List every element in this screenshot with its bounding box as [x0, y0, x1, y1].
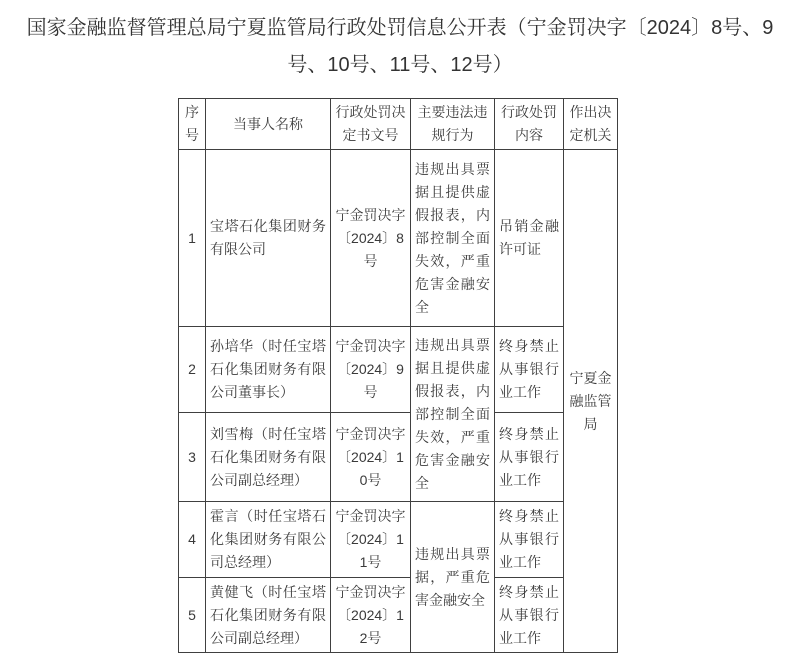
- party-name-cell: 孙培华（时任宝塔石化集团财务有限公司董事长）: [206, 327, 331, 413]
- serial-cell: 1: [179, 150, 206, 327]
- penalty-cell: 终身禁止从事银行业工作: [495, 578, 564, 653]
- serial-cell: 2: [179, 327, 206, 413]
- penalty-cell: 吊销金融许可证: [495, 150, 564, 327]
- serial-cell: 4: [179, 502, 206, 578]
- table-row: 4 霍言（时任宝塔石化集团财务有限公司总经理） 宁金罚决字〔2024〕11号 违…: [179, 502, 618, 578]
- doc-number-cell: 宁金罚决字〔2024〕10号: [331, 413, 411, 502]
- table-row: 2 孙培华（时任宝塔石化集团财务有限公司董事长） 宁金罚决字〔2024〕9号 违…: [179, 327, 618, 413]
- doc-number-cell: 宁金罚决字〔2024〕12号: [331, 578, 411, 653]
- violation-cell: 违规出具票据且提供虚假报表，内部控制全面失效，严重危害金融安全: [411, 327, 495, 502]
- page-title: 国家金融监督管理总局宁夏监管局行政处罚信息公开表（宁金罚决字〔2024〕8号、9…: [10, 10, 790, 84]
- serial-cell: 3: [179, 413, 206, 502]
- doc-number-cell: 宁金罚决字〔2024〕8号: [331, 150, 411, 327]
- col-header-serial: 序号: [179, 99, 206, 150]
- violation-cell: 违规出具票据，严重危害金融安全: [411, 502, 495, 653]
- col-header-doc-number: 行政处罚决定书文号: [331, 99, 411, 150]
- col-header-violation: 主要违法违规行为: [411, 99, 495, 150]
- party-name-cell: 刘雪梅（时任宝塔石化集团财务有限公司副总经理）: [206, 413, 331, 502]
- authority-cell: 宁夏金融监管局: [564, 150, 618, 653]
- violation-cell: 违规出具票据且提供虚假报表，内部控制全面失效，严重危害金融安全: [411, 150, 495, 327]
- party-name-cell: 黄健飞（时任宝塔石化集团财务有限公司副总经理）: [206, 578, 331, 653]
- col-header-party: 当事人名称: [206, 99, 331, 150]
- party-name-cell: 宝塔石化集团财务有限公司: [206, 150, 331, 327]
- penalty-cell: 终身禁止从事银行业工作: [495, 327, 564, 413]
- penalty-cell: 终身禁止从事银行业工作: [495, 502, 564, 578]
- table-row: 1 宝塔石化集团财务有限公司 宁金罚决字〔2024〕8号 违规出具票据且提供虚假…: [179, 150, 618, 327]
- penalty-cell: 终身禁止从事银行业工作: [495, 413, 564, 502]
- penalty-table: 序号 当事人名称 行政处罚决定书文号 主要违法违规行为 行政处罚内容 作出决定机…: [178, 98, 618, 653]
- table-row: 3 刘雪梅（时任宝塔石化集团财务有限公司副总经理） 宁金罚决字〔2024〕10号…: [179, 413, 618, 502]
- penalty-table-container: 序号 当事人名称 行政处罚决定书文号 主要违法违规行为 行政处罚内容 作出决定机…: [178, 98, 618, 653]
- table-header-row: 序号 当事人名称 行政处罚决定书文号 主要违法违规行为 行政处罚内容 作出决定机…: [179, 99, 618, 150]
- doc-number-cell: 宁金罚决字〔2024〕11号: [331, 502, 411, 578]
- party-name-cell: 霍言（时任宝塔石化集团财务有限公司总经理）: [206, 502, 331, 578]
- serial-cell: 5: [179, 578, 206, 653]
- col-header-penalty: 行政处罚内容: [495, 99, 564, 150]
- table-row: 5 黄健飞（时任宝塔石化集团财务有限公司副总经理） 宁金罚决字〔2024〕12号…: [179, 578, 618, 653]
- col-header-authority: 作出决定机关: [564, 99, 618, 150]
- doc-number-cell: 宁金罚决字〔2024〕9号: [331, 327, 411, 413]
- page: 国家金融监督管理总局宁夏监管局行政处罚信息公开表（宁金罚决字〔2024〕8号、9…: [0, 0, 800, 662]
